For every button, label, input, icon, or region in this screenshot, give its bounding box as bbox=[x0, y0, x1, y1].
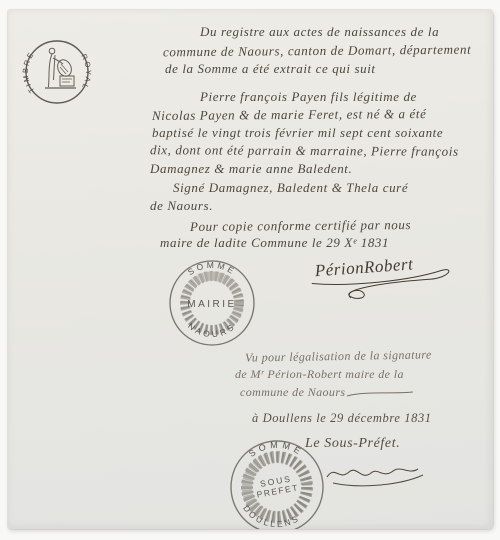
legalization-line: de Mʳ Périon-Robert maire de la bbox=[235, 368, 404, 380]
timbre-royal-right-text: ROYAL bbox=[79, 52, 93, 92]
timbre-royal-left-text: TIMBRE bbox=[21, 49, 36, 94]
mairie-stamp-center-text: MAIRIE bbox=[187, 299, 236, 310]
registry-line: Pierre françois Payen fils légitime de bbox=[200, 90, 417, 103]
registry-line: commune de Naours, canton de Domart, dép… bbox=[163, 43, 471, 59]
mairie-stamp-bottom-text: NAOURS bbox=[186, 321, 238, 340]
registry-line: dix, dont ont été parrain & marraine, Pi… bbox=[150, 143, 459, 158]
registry-line: Signé Damagnez, Baledent & Thela curé bbox=[173, 181, 408, 194]
svg-text:NAOURS: NAOURS bbox=[186, 321, 238, 340]
scanned-document: TIMBRE ROYAL Du registre aux actes de na… bbox=[0, 0, 500, 540]
registry-line: Pour copie conforme certifié par nous bbox=[190, 218, 411, 233]
registry-line: Nicolas Payen & de marie Feret, est né &… bbox=[152, 107, 427, 122]
svg-text:TIMBRE: TIMBRE bbox=[21, 49, 36, 94]
registry-line: baptisé le vingt trois février mil sept … bbox=[152, 126, 443, 139]
registry-line: de la Somme a été extrait ce qui suit bbox=[165, 62, 376, 75]
registry-line: de Naours. bbox=[150, 199, 213, 212]
paper-sheet: TIMBRE ROYAL Du registre aux actes de na… bbox=[8, 10, 493, 529]
place-date-line: à Doullens le 29 décembre 1831 bbox=[252, 412, 432, 425]
mayor-signature: PérionRobert bbox=[314, 251, 468, 317]
registry-line: Du registre aux actes de naissances de l… bbox=[200, 25, 439, 38]
pen-flourish-icon bbox=[345, 388, 415, 400]
registry-line: maire de ladite Commune le 29 Xᵉ 1831 bbox=[160, 236, 389, 249]
sous-prefecture-doullens-stamp-icon: SOMME DOULLENS SOUS PREFET bbox=[221, 431, 333, 529]
legalization-line: Vu pour légalisation de la signature bbox=[245, 348, 432, 363]
sous-prefet-signature-icon bbox=[321, 457, 436, 491]
timbre-royal-stamp-icon: TIMBRE ROYAL bbox=[19, 34, 95, 110]
allegorical-figure-icon bbox=[45, 48, 76, 88]
svg-text:ROYAL: ROYAL bbox=[79, 52, 93, 92]
mairie-naours-stamp-icon: SOMME NAOURS MAIRIE bbox=[164, 255, 260, 351]
legalization-line: commune de Naours bbox=[240, 386, 345, 398]
registry-line: Damagnez & marie anne Baledent. bbox=[150, 162, 352, 175]
